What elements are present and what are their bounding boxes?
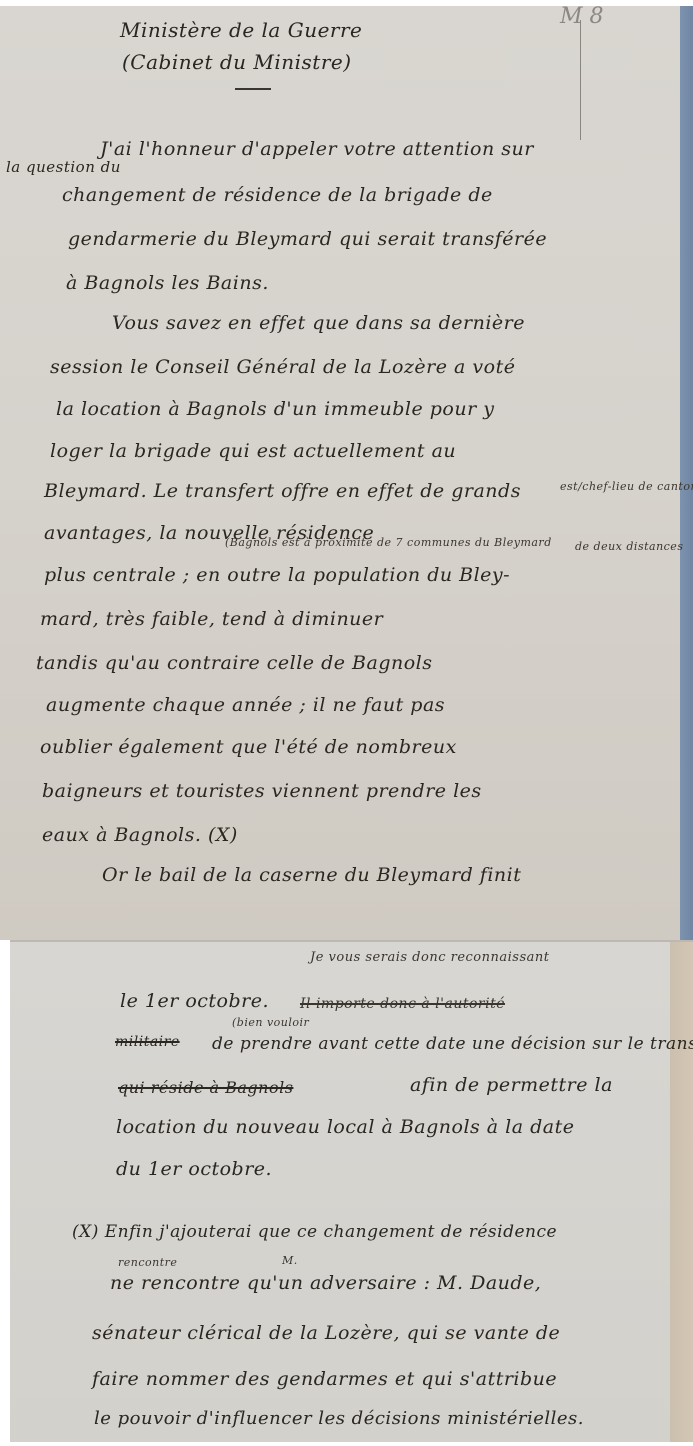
text-line: loger la brigade qui est actuellement au: [50, 440, 456, 462]
text-insertion: de deux distances: [575, 540, 683, 553]
struck-text: militaire: [115, 1034, 180, 1050]
text-line: baigneurs et touristes viennent prendre …: [42, 780, 482, 802]
document-page-2: [10, 942, 670, 1442]
text-line: J'ai l'honneur d'appeler votre attention…: [100, 138, 534, 160]
text-insertion: est/chef-lieu de canton: [560, 480, 693, 493]
page-edge-background: [670, 942, 693, 1442]
struck-text: qui réside à Bagnols: [118, 1078, 293, 1097]
text-line: Bleymard. Le transfert offre en effet de…: [44, 480, 521, 502]
text-line: plus centrale ; en outre la population d…: [44, 564, 510, 586]
text-line: à Bagnols les Bains.: [66, 272, 269, 294]
text-insertion: Je vous serais donc reconnaissant: [310, 950, 549, 965]
text-line: augmente chaque année ; il ne faut pas: [46, 694, 445, 716]
pencil-annotation: M 8: [560, 4, 604, 29]
text-line: (X) Enfin j'ajouterai que ce changement …: [72, 1222, 557, 1242]
text-line: Or le bail de la caserne du Bleymard fin…: [102, 864, 521, 886]
text-insertion: la question du: [6, 158, 121, 176]
text-line: session le Conseil Général de la Lozère …: [50, 356, 515, 378]
text-line: gendarmerie du Bleymard qui serait trans…: [68, 228, 547, 250]
text-insertion: (Bagnols est à proximité de 7 communes d…: [225, 536, 552, 549]
text-line: tandis qu'au contraire celle de Bagnols: [36, 652, 433, 674]
text-line: de prendre avant cette date une décision…: [212, 1034, 693, 1054]
letter-header-ministry: Ministère de la Guerre: [120, 18, 362, 42]
text-line: Vous savez en effet que dans sa dernière: [112, 312, 525, 334]
letter-header-cabinet: (Cabinet du Ministre): [122, 50, 352, 74]
text-line: eaux à Bagnols. (X): [42, 824, 238, 846]
text-line: sénateur clérical de la Lozère, qui se v…: [92, 1322, 560, 1344]
text-insertion: (bien vouloir: [232, 1016, 309, 1029]
text-line: la location à Bagnols d'un immeuble pour…: [56, 398, 494, 420]
text-line: du 1er octobre.: [116, 1158, 272, 1180]
text-line: location du nouveau local à Bagnols à la…: [116, 1116, 575, 1138]
header-divider: [235, 88, 271, 90]
struck-text: Il importe donc à l'autorité: [300, 996, 505, 1012]
text-insertion: M.: [282, 1254, 298, 1267]
text-line: mard, très faible, tend à diminuer: [40, 608, 383, 630]
text-line: afin de permettre la: [410, 1074, 613, 1096]
text-line: oublier également que l'été de nombreux: [40, 736, 457, 758]
pencil-margin-line: [580, 20, 581, 140]
text-insertion: rencontre: [118, 1256, 177, 1269]
text-line: changement de résidence de la brigade de: [62, 184, 493, 206]
text-line: le pouvoir d'influencer les décisions mi…: [94, 1408, 584, 1429]
page-edge-background: [680, 6, 693, 940]
text-line: le 1er octobre.: [120, 990, 269, 1012]
text-line: ne rencontre qu'un adversaire : M. Daude…: [110, 1272, 541, 1294]
text-line: faire nommer des gendarmes et qui s'attr…: [92, 1368, 557, 1390]
